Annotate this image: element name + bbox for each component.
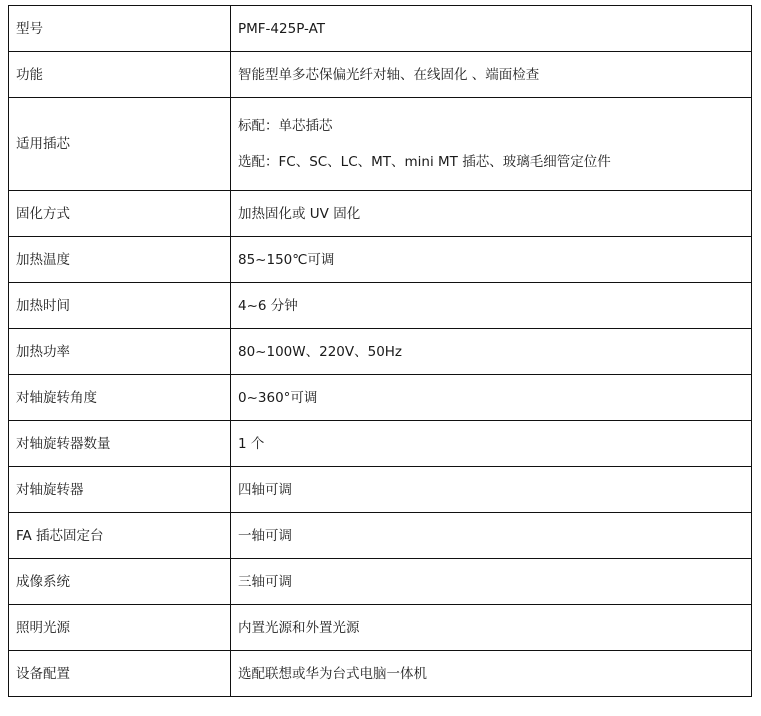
row-value: 0~360°可调 — [231, 375, 752, 421]
table-row-imaging: 成像系统 三轴可调 — [9, 559, 752, 605]
row-label: 照明光源 — [9, 605, 231, 651]
row-value: 三轴可调 — [231, 559, 752, 605]
row-label: 加热温度 — [9, 237, 231, 283]
table-row-ferrule: 适用插芯 标配：单芯插芯 选配：FC、SC、LC、MT、mini MT 插芯、玻… — [9, 98, 752, 191]
row-label: 设备配置 — [9, 651, 231, 697]
row-value: 标配：单芯插芯 选配：FC、SC、LC、MT、mini MT 插芯、玻璃毛细管定… — [231, 98, 752, 191]
row-value: 内置光源和外置光源 — [231, 605, 752, 651]
row-label: 型号 — [9, 6, 231, 52]
table-row-rotator: 对轴旋转器 四轴可调 — [9, 467, 752, 513]
table-row-heating-time: 加热时间 4~6 分钟 — [9, 283, 752, 329]
table-row-equipment: 设备配置 选配联想或华为台式电脑一体机 — [9, 651, 752, 697]
row-label: 固化方式 — [9, 191, 231, 237]
optional-config: 选配：FC、SC、LC、MT、mini MT 插芯、玻璃毛细管定位件 — [238, 153, 751, 171]
row-value: 智能型单多芯保偏光纤对轴、在线固化 、端面检查 — [231, 52, 752, 98]
table-row-fa-holder: FA 插芯固定台 一轴可调 — [9, 513, 752, 559]
table-row-rotation-angle: 对轴旋转角度 0~360°可调 — [9, 375, 752, 421]
standard-config: 标配：单芯插芯 — [238, 117, 751, 135]
table-row-model: 型号 PMF-425P-AT — [9, 6, 752, 52]
row-label: 对轴旋转角度 — [9, 375, 231, 421]
row-value: 80~100W、220V、50Hz — [231, 329, 752, 375]
row-label: 对轴旋转器数量 — [9, 421, 231, 467]
table-row-lighting: 照明光源 内置光源和外置光源 — [9, 605, 752, 651]
row-value: 85~150℃可调 — [231, 237, 752, 283]
row-value: 四轴可调 — [231, 467, 752, 513]
row-label: 适用插芯 — [9, 98, 231, 191]
row-value: 一轴可调 — [231, 513, 752, 559]
table-row-function: 功能 智能型单多芯保偏光纤对轴、在线固化 、端面检查 — [9, 52, 752, 98]
table-row-curing-method: 固化方式 加热固化或 UV 固化 — [9, 191, 752, 237]
row-label: 功能 — [9, 52, 231, 98]
row-value: 选配联想或华为台式电脑一体机 — [231, 651, 752, 697]
row-value: 1 个 — [231, 421, 752, 467]
row-label: 加热时间 — [9, 283, 231, 329]
table-row-rotator-count: 对轴旋转器数量 1 个 — [9, 421, 752, 467]
spec-table: 型号 PMF-425P-AT 功能 智能型单多芯保偏光纤对轴、在线固化 、端面检… — [8, 5, 752, 697]
row-label: 加热功率 — [9, 329, 231, 375]
table-row-heating-temp: 加热温度 85~150℃可调 — [9, 237, 752, 283]
table-row-heating-power: 加热功率 80~100W、220V、50Hz — [9, 329, 752, 375]
row-value: 4~6 分钟 — [231, 283, 752, 329]
row-value: PMF-425P-AT — [231, 6, 752, 52]
row-label: 对轴旋转器 — [9, 467, 231, 513]
row-label: 成像系统 — [9, 559, 231, 605]
row-label: FA 插芯固定台 — [9, 513, 231, 559]
row-value: 加热固化或 UV 固化 — [231, 191, 752, 237]
